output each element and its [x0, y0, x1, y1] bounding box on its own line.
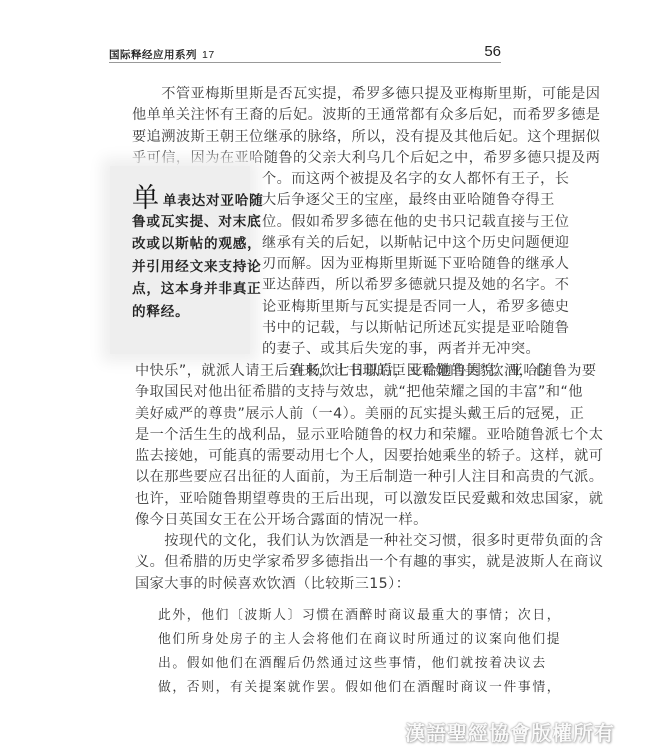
- text-line: 大后争逐父王的宝座，最终由亚哈随鲁夺得王: [262, 190, 522, 211]
- text-line: 中快乐”，就派人请王后到来，让书珊的臣民看她的美貌。亚哈随鲁为要: [135, 361, 525, 382]
- pull-quote-line: 的释经。: [132, 301, 252, 324]
- paragraph-4: 按现代的文化，我们认为饮酒是一种社交习惯，很多时更带负面的含 义。但希腊的历史学…: [135, 531, 525, 595]
- text-line: 书中的记载，与以斯帖记所述瓦实提是亚哈随鲁: [262, 318, 522, 339]
- series-number: 17: [202, 49, 215, 61]
- text-line: 按现代的文化，我们认为饮酒是一种社交习惯，很多时更带负面的含: [135, 531, 525, 552]
- paragraph-2-wrapped: 个。而这两个被提及名字的女人都怀有王子，长 大后争逐父王的宝座，最终由亚哈随鲁夺…: [262, 169, 522, 382]
- text-line: 要追溯波斯王朝王位继承的脉络，所以，没有提及其他后妃。这个理据似: [132, 127, 522, 148]
- text-line: 的妻子、或其后失宠的事，两者并无冲突。: [262, 339, 522, 360]
- drop-cap: 单: [132, 183, 160, 214]
- text-line: 监去接她，可能真的需要动用七个人，因要抬她乘坐的轿子。这样，就可: [135, 446, 525, 467]
- series-title: 国际释经应用系列17: [109, 47, 215, 62]
- text-line: 也许，亚哈随鲁期望尊贵的王后出现，可以激发臣民爱戴和效忠国家，就: [135, 489, 525, 510]
- text-line: 继承有关的后妃，以斯帖记中这个历史问题便迎: [262, 233, 522, 254]
- quote-line: 做，否则，有关提案就作罢。假如他们在酒醒时商议一件事情，: [158, 676, 518, 700]
- text-line: 义。但希腊的历史学家希罗多德指出一个有趣的事实，就是波斯人在商议: [135, 552, 525, 573]
- text-line: 国家大事的时候喜欢饮酒（比较斯三15）：: [135, 574, 525, 595]
- copyright-watermark: 漢語聖經協會版權所有: [405, 717, 615, 746]
- text-line: 亚达薛西，所以希罗多德就只提及她的名字。不: [262, 275, 522, 296]
- text-line: 不管亚梅斯里斯是否瓦实提，希罗多德只提及亚梅斯里斯，可能是因: [132, 84, 522, 105]
- block-quote: 此外，他们〔波斯人〕习惯在酒醉时商议最重大的事情；次日， 他们所身处房子的主人会…: [158, 604, 518, 700]
- text-line: 以在那些要应召出征的人面前，为王后制造一种引人注目和高贵的气派。: [135, 467, 525, 488]
- text-line: 是一个活生生的战利品，显示亚哈随鲁的权力和荣耀。亚哈随鲁派七个太: [135, 425, 525, 446]
- pull-quote-line: 改或以斯帖的观感，: [132, 233, 252, 256]
- text-line: 刃而解。因为亚梅斯里斯诞下亚哈随鲁的继承人: [262, 254, 522, 275]
- quote-line: 出。假如他们在酒醒后仍然通过这些事情，他们就按着决议去: [158, 652, 518, 676]
- paragraph-1: 不管亚梅斯里斯是否瓦实提，希罗多德只提及亚梅斯里斯，可能是因 他单单关注怀有王裔…: [132, 84, 522, 169]
- quote-line: 此外，他们〔波斯人〕习惯在酒醉时商议最重大的事情；次日，: [158, 604, 518, 628]
- paragraph-3: 中快乐”，就派人请王后到来，让书珊的臣民看她的美貌。亚哈随鲁为要 争取国民对他出…: [135, 361, 525, 531]
- pull-quote-line: 点，这本身并非真正: [132, 278, 252, 301]
- pull-quote-line-text: 单表达对亚哈随: [163, 193, 264, 209]
- text-line: 美好威严的尊贵”展示人前（一4）。美丽的瓦实提头戴王后的冠冕，正: [135, 404, 525, 425]
- quote-line: 他们所身处房子的主人会将他们在商议时所通过的议案向他们提: [158, 628, 518, 652]
- page-number: 56: [484, 43, 501, 60]
- text-line: 他单单关注怀有王裔的后妃。波斯的王通常都有众多后妃，而希罗多德是: [132, 105, 522, 126]
- page-header: 国际释经应用系列17 56: [109, 44, 501, 63]
- text-line: 位。假如希罗多德在他的史书只记载直接与王位: [262, 212, 522, 233]
- pull-quote-line: 鲁或瓦实提、对末底: [132, 211, 252, 234]
- series-title-text: 国际释经应用系列: [109, 49, 197, 61]
- pull-quote-box: 单单表达对亚哈随 鲁或瓦实提、对末底 改或以斯帖的观感， 并引用经文来支持论 点…: [110, 166, 250, 354]
- text-line: 个。而这两个被提及名字的女人都怀有王子，长: [262, 169, 522, 190]
- text-line: 争取国民对他出征希腊的支持与效忠，就“把他荣耀之国的丰富”和“他: [135, 382, 525, 403]
- pull-quote-line: 并引用经文来支持论: [132, 256, 252, 279]
- text-line: 像今日英国女王在公开场合露面的情况一样。: [135, 510, 525, 531]
- pull-quote-line: 单单表达对亚哈随: [132, 188, 252, 211]
- text-line: 论亚梅斯里斯与瓦实提是否同一人，希罗多德史: [262, 297, 522, 318]
- pull-quote-text: 单单表达对亚哈随 鲁或瓦实提、对末底 改或以斯帖的观感， 并引用经文来支持论 点…: [132, 188, 252, 323]
